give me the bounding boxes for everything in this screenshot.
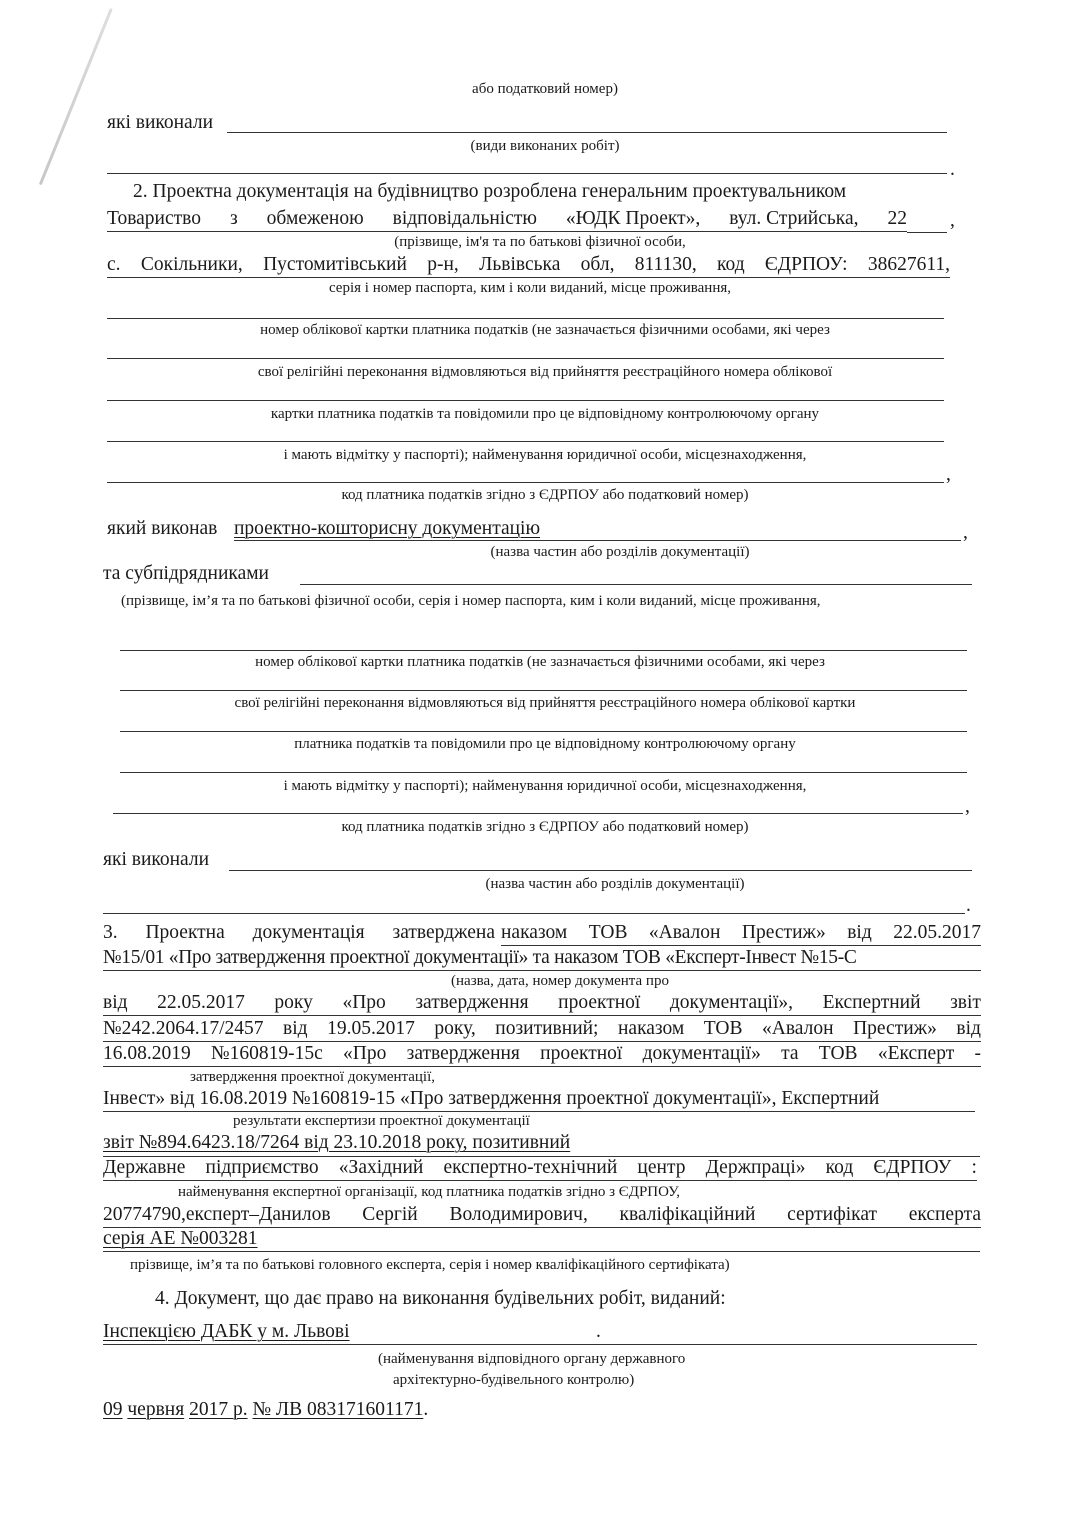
text: сертифікат — [787, 1203, 877, 1227]
caption: найменування експертної організації, код… — [178, 1183, 680, 1201]
text: року — [274, 991, 312, 1015]
text: с. — [107, 253, 121, 277]
text: від — [956, 1017, 981, 1041]
text: «Про — [343, 1042, 386, 1066]
approval-line-6: Інвест» від 16.08.2019 №160819-15 «Про з… — [103, 1087, 975, 1112]
caption: свої релігійні переконання відмовляються… — [0, 694, 1080, 712]
date-year: 2017 р. — [189, 1399, 248, 1420]
text: ТОВ — [589, 921, 628, 945]
text: Сергій — [362, 1203, 418, 1227]
blank-line — [300, 584, 972, 585]
text: «Про — [342, 991, 385, 1015]
blank-line — [107, 400, 944, 401]
date-day: 09 — [103, 1399, 123, 1420]
period-mark: . — [423, 1399, 428, 1420]
text: затверджена — [393, 921, 496, 945]
blank-line — [107, 173, 947, 174]
approval-line-5: 16.08.2019 №160819-15с «Про затвердження… — [103, 1042, 981, 1067]
text: обл, — [581, 253, 615, 277]
text: Престиж» — [742, 921, 826, 945]
issuer-value: Інспекцією ДАБК у м. Львові — [103, 1320, 350, 1344]
text: Пустомитівський — [263, 253, 407, 277]
blank-line — [103, 1251, 980, 1252]
text: Держпраці» — [706, 1156, 806, 1180]
expert-line: 20774790,експерт–Данилов Сергій Володими… — [103, 1203, 981, 1228]
text: ЄДРПОУ: — [765, 253, 848, 277]
text: 19.05.2017 — [327, 1017, 415, 1041]
text: Володимирович, — [449, 1203, 587, 1227]
text: 20774790,експерт–Данилов — [103, 1203, 331, 1227]
text: ЄДРПОУ — [873, 1156, 951, 1180]
text: експерта — [909, 1203, 981, 1227]
text: центр — [637, 1156, 685, 1180]
caption: (назва частин або розділів документації) — [0, 875, 1080, 893]
blank-line — [120, 731, 967, 732]
text: від — [283, 1017, 308, 1041]
caption: свої релігійні переконання відмовляються… — [0, 363, 1080, 381]
text: 3. — [103, 921, 118, 945]
text: ТОВ — [704, 1017, 743, 1041]
blank-line — [120, 650, 967, 651]
text: : — [971, 1156, 976, 1180]
comma-mark: , — [965, 795, 970, 819]
caption: (назва, дата, номер документа про — [0, 972, 1080, 990]
approval-line-7: звіт №894.6423.18/7264 від 23.10.2018 ро… — [103, 1131, 570, 1155]
blank-line — [107, 358, 944, 359]
text: експертно-технічний — [444, 1156, 618, 1180]
caption: номер облікової картки платника податків… — [0, 321, 1080, 339]
period-mark: . — [950, 158, 955, 182]
caption: платника податків та повідомили про це в… — [0, 735, 1080, 753]
expert-org-line: Державне підприємство «Західний експертн… — [103, 1156, 977, 1181]
text: 38627611, — [868, 253, 950, 277]
text: 811130, — [635, 253, 697, 277]
text: «Західний — [339, 1156, 424, 1180]
text: від — [103, 991, 128, 1015]
caption: (прізвище, ім’я та по батькові фізичної … — [121, 592, 821, 610]
blank-line — [234, 540, 961, 541]
comma-mark: , — [946, 463, 951, 487]
text: наказом — [618, 1017, 684, 1041]
text: 22 — [887, 207, 907, 231]
blank-line — [107, 318, 944, 319]
blank-line — [229, 870, 972, 871]
text: р-н, — [427, 253, 459, 277]
text: документація — [253, 921, 365, 945]
text: №160819-15с — [211, 1042, 323, 1066]
period-mark: . — [596, 1320, 601, 1344]
approval-line-3: від 22.05.2017 року «Про затвердження пр… — [103, 991, 981, 1016]
text: - — [975, 1042, 982, 1066]
caption: прізвище, ім’я та по батькові головного … — [130, 1256, 730, 1274]
section4-heading: 4. Документ, що дає право на виконання б… — [155, 1287, 726, 1311]
caption-works: (види виконаних робіт) — [0, 137, 1080, 155]
blank-line — [120, 772, 967, 773]
text: наказом — [501, 921, 567, 945]
date-month: червня — [127, 1399, 184, 1420]
comma-mark: , — [950, 209, 955, 233]
approval-line-1: наказом ТОВ «Авалон Престиж» від 22.05.2… — [501, 921, 981, 946]
text: «Авалон — [762, 1017, 834, 1041]
text: Престиж» — [853, 1017, 937, 1041]
text: кваліфікаційний — [620, 1203, 756, 1227]
text: документації», — [670, 991, 793, 1015]
performed-label: які виконали — [107, 111, 213, 135]
blank-line — [107, 441, 944, 442]
caption: код платника податків згідно з ЄДРПОУ аб… — [0, 486, 1080, 504]
text: код — [717, 253, 745, 277]
certificate-line: серія АЕ №003281 — [103, 1227, 258, 1251]
caption: серія і номер паспорта, ким і коли видан… — [0, 279, 1060, 297]
text: «Авалон — [649, 921, 721, 945]
caption: код платника податків згідно з ЄДРПОУ аб… — [0, 818, 1080, 836]
designer-line-1: Товариство з обмеженою відповідальністю … — [107, 207, 907, 232]
period-mark: . — [966, 894, 971, 918]
text: ТОВ — [819, 1042, 858, 1066]
text: обмеженою — [267, 207, 364, 231]
caption: (назва частин або розділів документації) — [0, 543, 1080, 561]
text: «Експерт — [878, 1042, 954, 1066]
text: затвердження — [407, 1042, 520, 1066]
caption: результати експертизи проектної документ… — [233, 1112, 530, 1130]
caption: і мають відмітку у паспорті); найменуван… — [0, 777, 1080, 795]
text: від — [847, 921, 872, 945]
caption: (прізвище, ім'я та по батькові фізичної … — [0, 233, 1080, 251]
caption: і мають відмітку у паспорті); найменуван… — [0, 446, 1080, 464]
text: звіт — [950, 991, 981, 1015]
performed-by-label: який виконав — [107, 517, 217, 541]
text: документації» — [643, 1042, 761, 1066]
approval-line-2: №15/01 «Про затвердження проектної докум… — [103, 946, 981, 971]
caption: (найменування відповідного органу держав… — [378, 1350, 685, 1368]
text: №242.2064.17/2457 — [103, 1017, 264, 1041]
document-page: або податковий номер) які виконали (види… — [0, 0, 1080, 1526]
caption: архітектурно-будівельного контролю) — [393, 1371, 634, 1389]
text: та — [781, 1042, 798, 1066]
text: Державне — [103, 1156, 185, 1180]
caption: номер облікової картки платника податків… — [0, 653, 1080, 671]
text: 22.05.2017 — [893, 921, 981, 945]
text: код — [826, 1156, 854, 1180]
blank-line — [103, 913, 965, 914]
section2-heading: 2. Проектна документація на будівництво … — [133, 180, 846, 204]
text: Товариство — [107, 207, 201, 231]
text: «ЮДК Проект», — [566, 207, 700, 231]
caption-tax-number: або податковий номер) — [0, 80, 1080, 98]
blank-line — [103, 1344, 977, 1345]
permit-date-number: 09 червня 2017 р. № ЛВ 083171601171. — [103, 1398, 428, 1422]
permit-number: № ЛВ 083171601171 — [252, 1399, 423, 1420]
designer-line-2: с. Сокільники, Пустомитівський р-н, Льві… — [107, 253, 950, 278]
section3-intro: 3. Проектна документація затверджена — [103, 921, 495, 945]
text: проектної — [558, 991, 640, 1015]
blank-line — [227, 132, 947, 133]
text: вул. Стрийська, — [729, 207, 858, 231]
text: 16.08.2019 — [103, 1042, 191, 1066]
blank-line — [107, 482, 944, 483]
text: 22.05.2017 — [157, 991, 245, 1015]
text: Львівська — [479, 253, 560, 277]
text: позитивний; — [495, 1017, 598, 1041]
text: відповідальністю — [393, 207, 537, 231]
blank-line — [120, 690, 967, 691]
text: затвердження — [415, 991, 528, 1015]
caption: затвердження проектної документації, — [190, 1068, 435, 1086]
text: Експертний — [823, 991, 921, 1015]
subcontractors-label: та субпідрядниками — [103, 562, 269, 586]
text: року, — [434, 1017, 475, 1041]
text: підприємство — [206, 1156, 319, 1180]
caption: картки платника податків та повідомили п… — [0, 405, 1080, 423]
blank-line — [113, 813, 963, 814]
text: проектної — [540, 1042, 622, 1066]
text: Сокільники, — [141, 253, 243, 277]
performed-value: проектно-кошторисну документацію — [234, 517, 540, 541]
text: Проектна — [145, 921, 224, 945]
comma-mark: , — [963, 521, 968, 545]
text: з — [230, 207, 238, 231]
sub-performed-label: які виконали — [103, 848, 209, 872]
approval-line-4: №242.2064.17/2457 від 19.05.2017 року, п… — [103, 1017, 981, 1042]
